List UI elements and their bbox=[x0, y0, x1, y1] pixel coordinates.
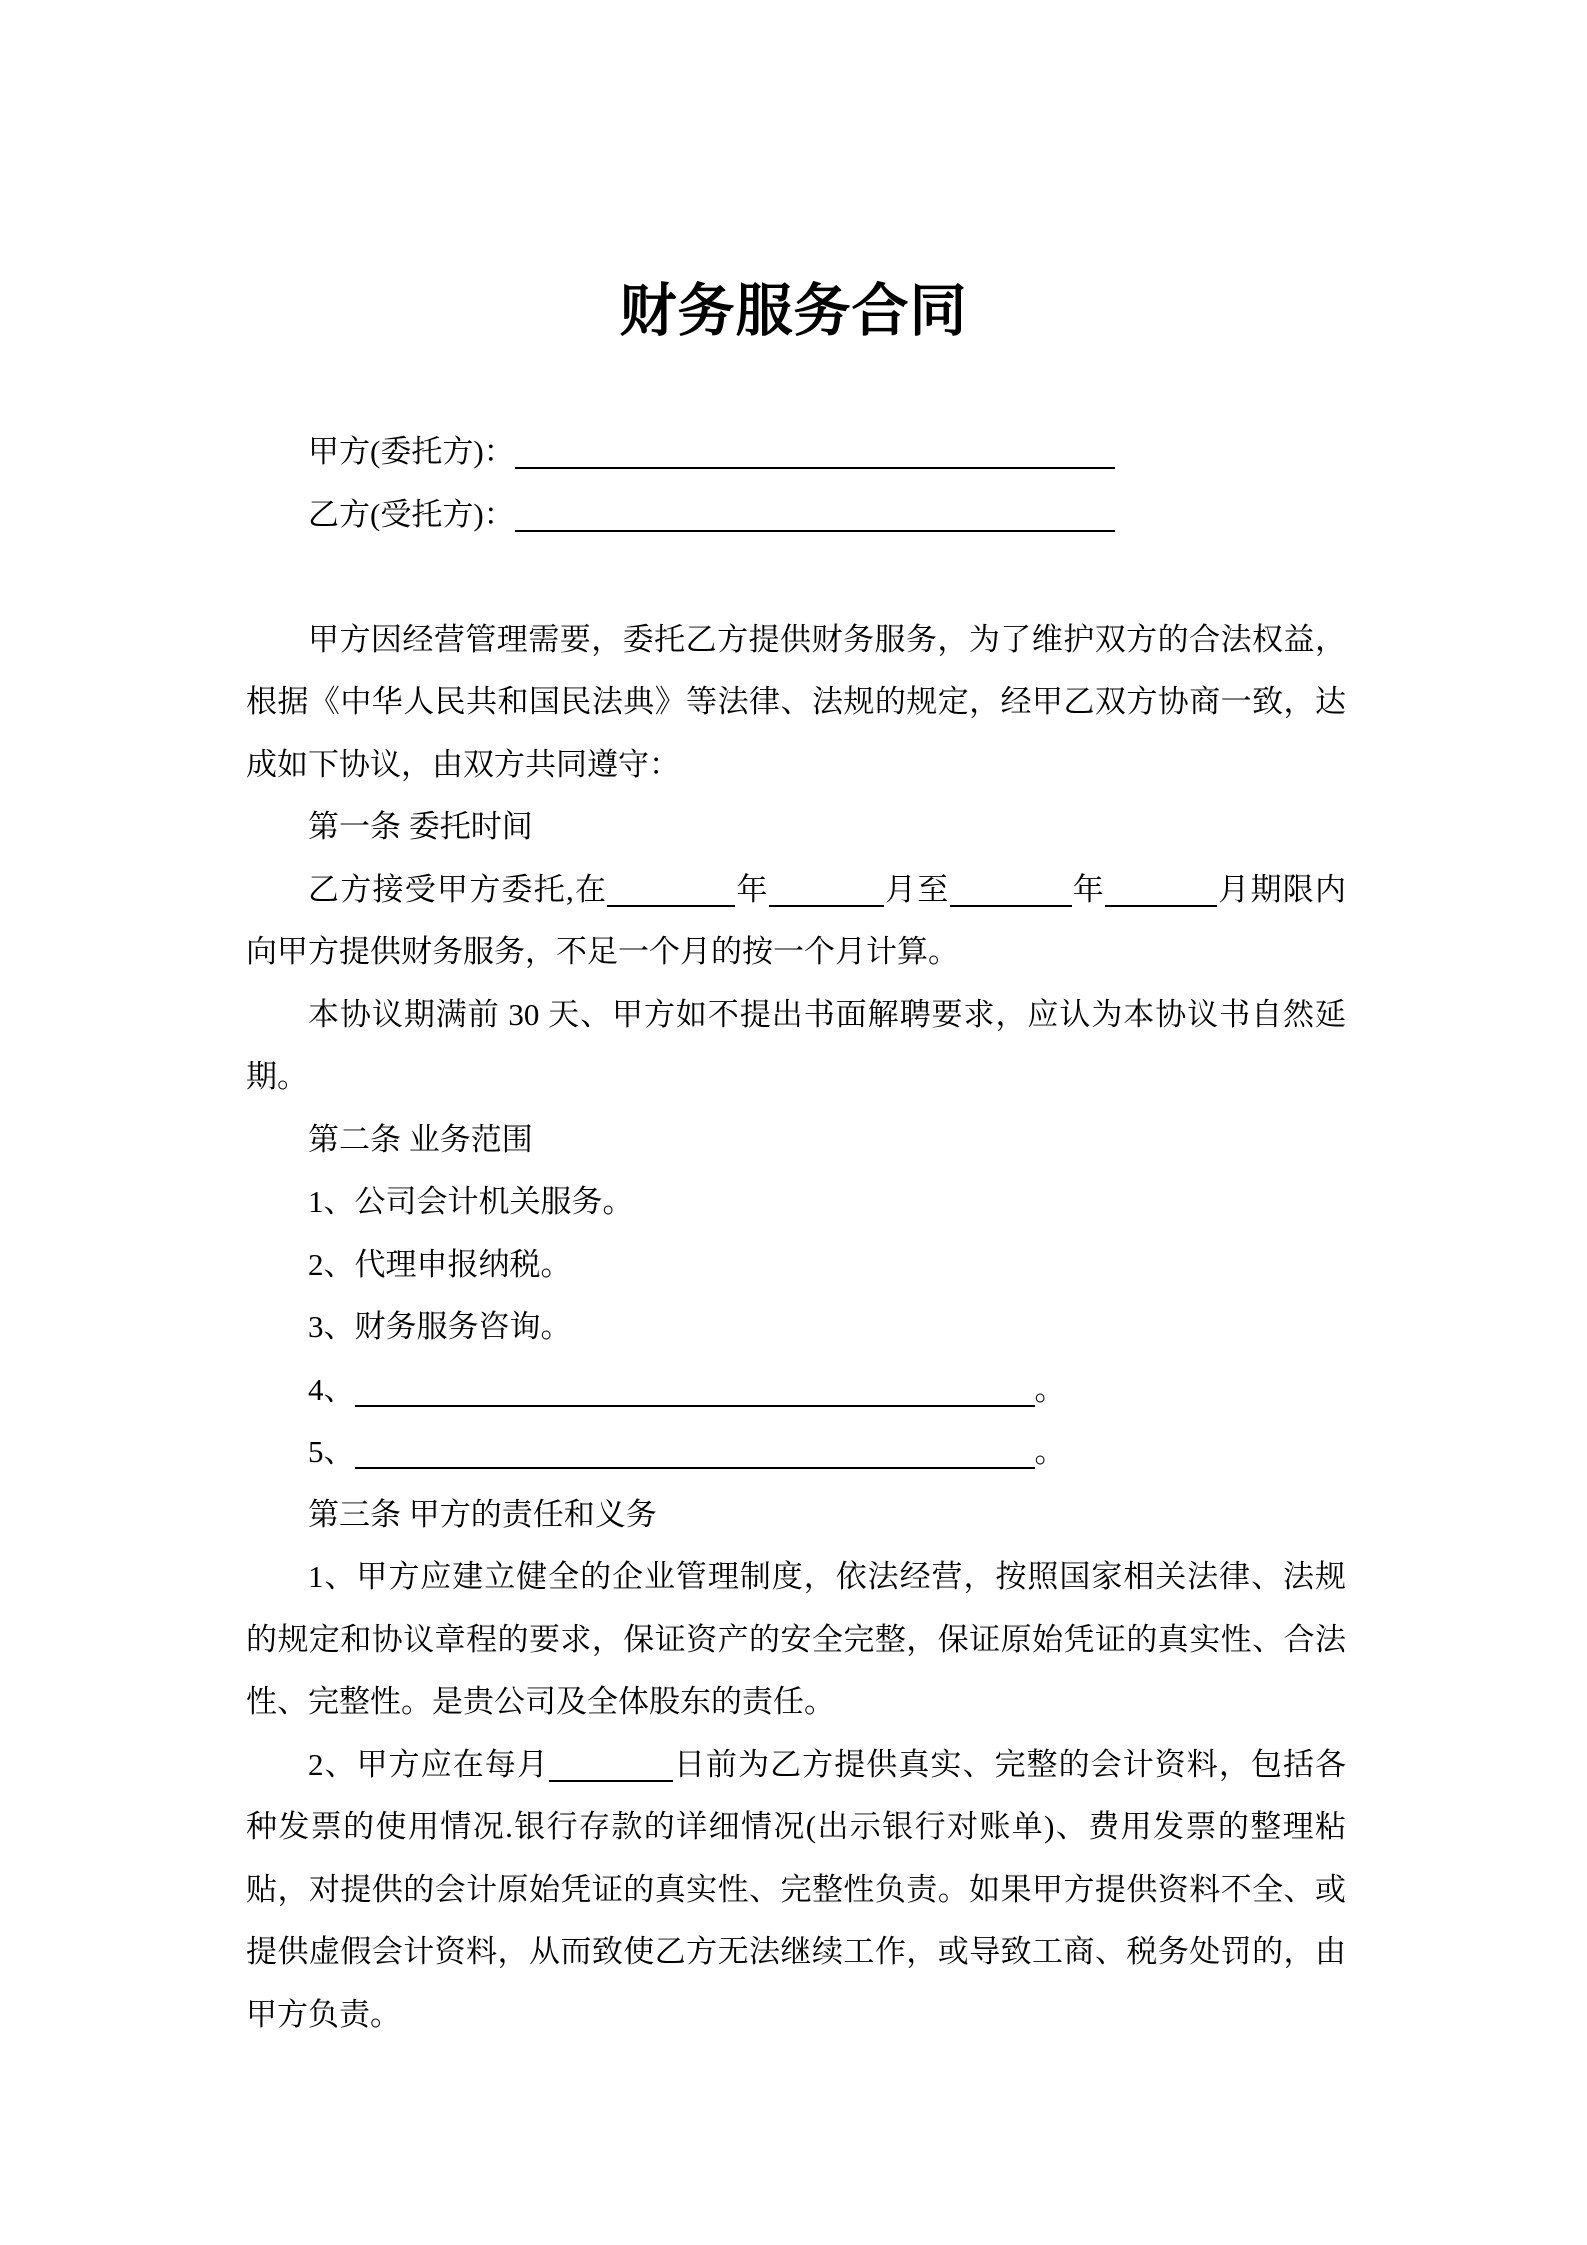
clause-1-heading: 第一条 委托时间 bbox=[246, 796, 1346, 859]
clause-3-item-1-line-3: 性、完整性。是贵公司及全体股东的责任。 bbox=[246, 1671, 1346, 1734]
clause-2-item-2: 2、代理申报纳税。 bbox=[246, 1234, 1346, 1297]
text-run: 性、完整性。是贵公司及全体股东的责任。 bbox=[246, 1684, 835, 1719]
party-a-line: 甲方(委托方)： bbox=[246, 421, 1346, 484]
text-run: 成如下协议，由双方共同遵守： bbox=[246, 747, 680, 782]
document-title: 财务服务合同 bbox=[0, 268, 1587, 356]
clause-2-item-5: 5、。 bbox=[246, 1421, 1346, 1484]
clause-2-item-4: 4、。 bbox=[246, 1359, 1346, 1422]
text-run: 种发票的使用情况.银行存款的详细情况(出示银行对账单)、费用发票的整理粘 bbox=[246, 1809, 1346, 1844]
text-run: 3、财务服务咨询。 bbox=[308, 1309, 572, 1344]
clause-3-item-2-line-1: 2、甲方应在每月日前为乙方提供真实、完整的会计资料，包括各 bbox=[246, 1734, 1346, 1797]
party-b-line: 乙方(受托方)： bbox=[246, 484, 1346, 547]
text-run: 。 bbox=[1035, 1434, 1066, 1469]
text-run: 。 bbox=[1035, 1372, 1066, 1407]
fill-in-blank bbox=[355, 1437, 1035, 1469]
text-run: 1、甲方应建立健全的企业管理制度，依法经营，按照国家相关法律、法规 bbox=[308, 1559, 1346, 1594]
clause-1-line-1: 乙方接受甲方委托,在年月至年月期限内 bbox=[246, 859, 1346, 922]
text-run: 甲方因经营管理需要，委托乙方提供财务服务，为了维护双方的合法权益， bbox=[308, 622, 1346, 657]
text-run: 甲方(委托方)： bbox=[308, 434, 515, 469]
clause-2-heading: 第二条 业务范围 bbox=[246, 1109, 1346, 1172]
fill-in-blank bbox=[950, 875, 1072, 907]
text-run: 5、 bbox=[308, 1434, 355, 1469]
clause-3-item-2-line-5: 甲方负责。 bbox=[246, 1984, 1346, 2047]
text-run: 2、代理申报纳税。 bbox=[308, 1247, 572, 1282]
preamble-line-2: 根据《中华人民共和国民法典》等法律、法规的规定，经甲乙双方协商一致，达 bbox=[246, 671, 1346, 734]
fill-in-blank bbox=[1105, 875, 1217, 907]
text-run: 乙方(受托方)： bbox=[308, 497, 515, 532]
fill-in-blank bbox=[607, 875, 735, 907]
text-run: 提供虚假会计资料，从而致使乙方无法继续工作，或导致工商、税务处罚的，由 bbox=[246, 1934, 1346, 1969]
text-run: 向甲方提供财务服务，不足一个月的按一个月计算。 bbox=[246, 934, 959, 969]
clause-3-item-2-line-2: 种发票的使用情况.银行存款的详细情况(出示银行对账单)、费用发票的整理粘 bbox=[246, 1796, 1346, 1859]
text-run: 第二条 业务范围 bbox=[308, 1122, 533, 1157]
preamble-line-1: 甲方因经营管理需要，委托乙方提供财务服务，为了维护双方的合法权益， bbox=[246, 609, 1346, 672]
document-body: 甲方(委托方)：乙方(受托方)：甲方因经营管理需要，委托乙方提供财务服务，为了维… bbox=[246, 421, 1346, 2046]
clause-3-item-1-line-2: 的规定和协议章程的要求，保证资产的安全完整，保证原始凭证的真实性、合法 bbox=[246, 1609, 1346, 1672]
clause-2-item-3: 3、财务服务咨询。 bbox=[246, 1296, 1346, 1359]
text-run: 月至 bbox=[884, 872, 950, 907]
text-run: 月期限内 bbox=[1217, 872, 1346, 907]
clause-1-line-3: 本协议期满前 30 天、甲方如不提出书面解聘要求，应认为本协议书自然延 bbox=[246, 984, 1346, 1047]
text-run: 日前为乙方提供真实、完整的会计资料，包括各 bbox=[673, 1747, 1346, 1782]
text-run: 贴，对提供的会计原始凭证的真实性、完整性负责。如果甲方提供资料不全、或 bbox=[246, 1872, 1346, 1907]
clause-2-item-1: 1、公司会计机关服务。 bbox=[246, 1171, 1346, 1234]
text-run: 期。 bbox=[246, 1059, 308, 1094]
clause-3-item-2-line-4: 提供虚假会计资料，从而致使乙方无法继续工作，或导致工商、税务处罚的，由 bbox=[246, 1921, 1346, 1984]
clause-3-item-1-line-1: 1、甲方应建立健全的企业管理制度，依法经营，按照国家相关法律、法规 bbox=[246, 1546, 1346, 1609]
text-run: 年 bbox=[735, 872, 769, 907]
spacer-line bbox=[246, 546, 1346, 609]
fill-in-blank bbox=[769, 875, 884, 907]
text-run: 本协议期满前 30 天、甲方如不提出书面解聘要求，应认为本协议书自然延 bbox=[308, 997, 1346, 1032]
text-run: 根据《中华人民共和国民法典》等法律、法规的规定，经甲乙双方协商一致，达 bbox=[246, 684, 1346, 719]
document-page: 财务服务合同 甲方(委托方)：乙方(受托方)：甲方因经营管理需要，委托乙方提供财… bbox=[0, 0, 1587, 2245]
preamble-line-3: 成如下协议，由双方共同遵守： bbox=[246, 734, 1346, 797]
text-run: 乙方接受甲方委托,在 bbox=[308, 872, 607, 907]
clause-3-heading: 第三条 甲方的责任和义务 bbox=[246, 1484, 1346, 1547]
text-run: 2、甲方应在每月 bbox=[308, 1747, 549, 1782]
clause-3-item-2-line-3: 贴，对提供的会计原始凭证的真实性、完整性负责。如果甲方提供资料不全、或 bbox=[246, 1859, 1346, 1922]
clause-1-line-2: 向甲方提供财务服务，不足一个月的按一个月计算。 bbox=[246, 921, 1346, 984]
fill-in-blank bbox=[515, 500, 1115, 532]
fill-in-blank bbox=[355, 1375, 1035, 1407]
text-run: 的规定和协议章程的要求，保证资产的安全完整，保证原始凭证的真实性、合法 bbox=[246, 1622, 1346, 1657]
text-run: 4、 bbox=[308, 1372, 355, 1407]
fill-in-blank bbox=[549, 1750, 673, 1782]
text-run: 年 bbox=[1072, 872, 1106, 907]
text-run: 1、公司会计机关服务。 bbox=[308, 1184, 634, 1219]
fill-in-blank bbox=[515, 437, 1115, 469]
text-run: 第一条 委托时间 bbox=[308, 809, 533, 844]
text-run: 甲方负责。 bbox=[246, 1997, 401, 2032]
clause-1-line-4: 期。 bbox=[246, 1046, 1346, 1109]
text-run: 第三条 甲方的责任和义务 bbox=[308, 1497, 657, 1532]
